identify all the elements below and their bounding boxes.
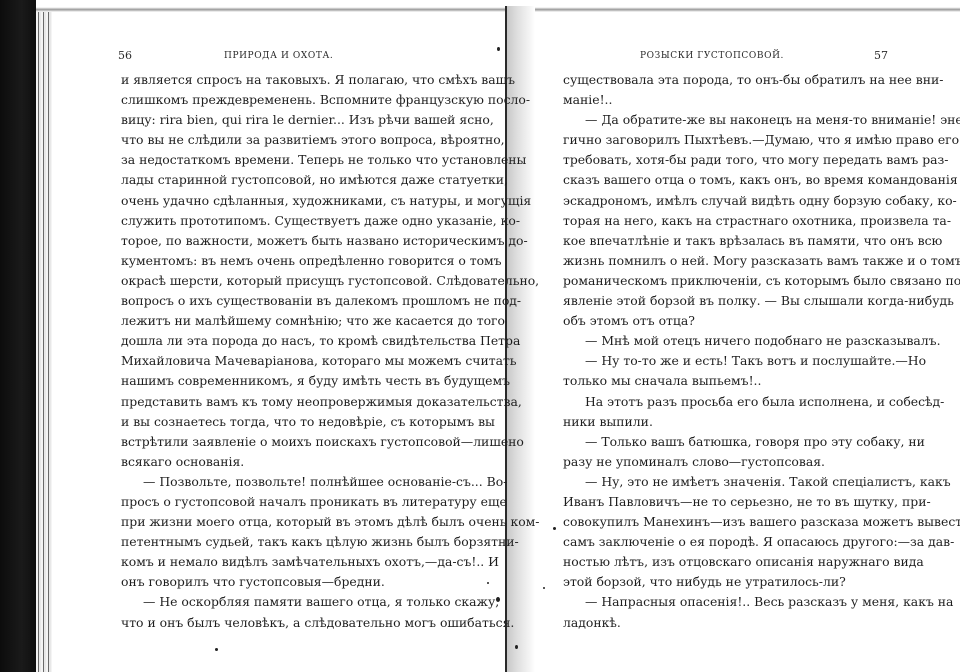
- text-line: — Ну то-то же и есть! Такъ вотъ и послуш…: [563, 351, 889, 371]
- left-page-body: и является спросъ на таковыхъ. Я полагаю…: [121, 70, 449, 633]
- text-line: окрасѣ шерсти, который присущъ густопсов…: [121, 271, 449, 291]
- text-line: служить прототипомъ. Существуетъ даже од…: [121, 211, 449, 231]
- text-line: что и онъ былъ человѣкъ, а слѣдовательно…: [121, 613, 449, 633]
- text-line: комъ и немало видѣлъ замѣчательныхъ охот…: [121, 552, 449, 572]
- text-line: при жизни моего отца, который въ этомъ д…: [121, 512, 449, 532]
- text-line: Иванъ Павловичъ—не то серьезно, не то въ…: [563, 492, 889, 512]
- text-line: вицу: rira bien, qui rira le dernier... …: [121, 110, 449, 130]
- left-running-head: ПРИРОДА И ОХОТА.: [224, 51, 333, 61]
- text-line: только мы сначала выпьемъ!..: [563, 371, 889, 391]
- scan-speck: [496, 597, 500, 602]
- scan-speck: [515, 645, 518, 649]
- text-line: слишкомъ преждевременень. Вспомните фран…: [121, 90, 449, 110]
- book-cover-edge: [0, 0, 36, 672]
- scan-speck: [497, 47, 500, 51]
- text-line: онъ говорилъ что густопсовыя—бредни.: [121, 572, 449, 592]
- scan-speck: [215, 648, 218, 651]
- text-line: — Не оскорбляя памяти вашего отца, я тол…: [121, 592, 449, 612]
- text-line: встрѣтили заявленіе о моихъ поискахъ гус…: [121, 432, 449, 452]
- text-line: жизнь помнилъ о ней. Могу разсказать вам…: [563, 251, 889, 271]
- text-line: требовать, хотя-бы ради того, что могу п…: [563, 150, 889, 170]
- text-line: представить вамъ къ тому неопровержимыя …: [121, 392, 449, 412]
- text-line: явленіе этой борзой въ полку. — Вы слыша…: [563, 291, 889, 311]
- text-line: ладонкѣ.: [563, 613, 889, 633]
- text-line: петентнымъ судьей, такъ какъ цѣлую жизнь…: [121, 532, 449, 552]
- text-line: лады старинной густопсовой, но имѣются д…: [121, 170, 449, 190]
- text-line: очень удачно сдѣланныя, художниками, съ …: [121, 191, 449, 211]
- text-line: ностью лѣтъ, изъ отцовскаго описанія нар…: [563, 552, 889, 572]
- text-line: — Только вашъ батюшка, говоря про эту со…: [563, 432, 889, 452]
- left-page-number: 56: [118, 49, 132, 62]
- text-line: лежитъ ни малѣйшему сомнѣнію; что же кас…: [121, 311, 449, 331]
- text-line: за недостаткомъ времени. Теперь не тольк…: [121, 150, 449, 170]
- right-page-body: существовала эта порода, то онъ-бы обрат…: [563, 70, 889, 633]
- text-line: самъ заключеніе о ея породѣ. Я опасаюсь …: [563, 532, 889, 552]
- scan-speck: [543, 587, 545, 589]
- text-line: вопросъ о ихъ существованіи въ далекомъ …: [121, 291, 449, 311]
- text-line: романическомъ приключеніи, съ которымъ б…: [563, 271, 889, 291]
- text-line: нашимъ современникомъ, я буду имѣть чест…: [121, 371, 449, 391]
- text-line: — Напрасныя опасенія!.. Весь разсказъ у …: [563, 592, 889, 612]
- text-line: существовала эта порода, то онъ-бы обрат…: [563, 70, 889, 90]
- text-line: — Ну, это не имѣетъ значенія. Такой спец…: [563, 472, 889, 492]
- text-line: что вы не слѣдили за развитіемъ этого во…: [121, 130, 449, 150]
- text-line: объ этомъ отъ отца?: [563, 311, 889, 331]
- right-page-number: 57: [874, 49, 888, 62]
- text-line: дошла ли эта порода до насъ, то кромѣ св…: [121, 331, 449, 351]
- text-line: На этотъ разъ просьба его была исполнена…: [563, 392, 889, 412]
- text-line: торая на него, какъ на страстнаго охотни…: [563, 211, 889, 231]
- text-line: — Мнѣ мой отецъ ничего подобнаго не разс…: [563, 331, 889, 351]
- text-line: маніе!..: [563, 90, 889, 110]
- text-line: всякаго основанія.: [121, 452, 449, 472]
- right-running-head: РОЗЫСКИ ГУСТОПСОВОЙ.: [640, 51, 784, 61]
- text-line: торое, по важности, можетъ быть названо …: [121, 231, 449, 251]
- text-line: Михайловича Мачеваріанова, котораго мы м…: [121, 351, 449, 371]
- text-line: — Позвольте, позвольте! полнѣйшее основа…: [121, 472, 449, 492]
- text-line: ники выпили.: [563, 412, 889, 432]
- text-line: сказъ вашего отца о томъ, какъ онъ, во в…: [563, 170, 889, 190]
- text-line: — Да обратите-же вы наконецъ на меня-то …: [563, 110, 889, 130]
- scan-speck: [487, 582, 489, 584]
- text-line: и является спросъ на таковыхъ. Я полагаю…: [121, 70, 449, 90]
- text-line: и вы сознаетесь тогда, что то недовѣріе,…: [121, 412, 449, 432]
- text-line: разу не упоминалъ слово—густопсовая.: [563, 452, 889, 472]
- scan-speck: [553, 527, 556, 530]
- top-page-edge: [36, 0, 960, 12]
- text-line: совокупилъ Манехинъ—изъ вашего разсказа …: [563, 512, 889, 532]
- text-line: кое впечатлѣніе и такъ врѣзалась въ памя…: [563, 231, 889, 251]
- page-stack-edges: [36, 10, 52, 672]
- text-line: этой борзой, что нибудь не утратилось-ли…: [563, 572, 889, 592]
- text-line: эскадрономъ, имѣлъ случай видѣть одну бо…: [563, 191, 889, 211]
- text-line: просъ о густопсовой началъ проникать въ …: [121, 492, 449, 512]
- text-line: гично заговорилъ Пыхтѣевъ.—Думаю, что я …: [563, 130, 889, 150]
- text-line: кументомъ: въ немъ очень опредѣленно гов…: [121, 251, 449, 271]
